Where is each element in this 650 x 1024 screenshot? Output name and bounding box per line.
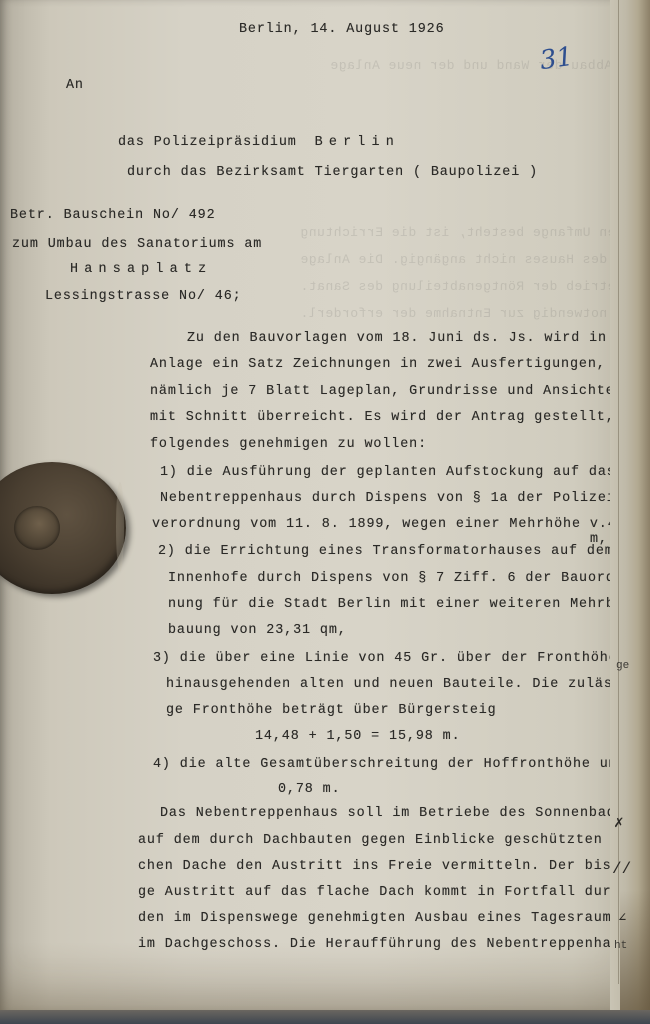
bleed-through-text: unbedingt notwendig zur Entnahme der erf… [300,306,650,321]
item-2-line: bauung von 23,31 qm, [168,623,347,638]
body-intro-line: mit Schnitt überreicht. Es wird der Antr… [150,410,615,425]
paperweight-knob [14,506,60,550]
closing-paragraph-line: im Dachgeschoss. Die Heraufführung des N… [138,937,647,952]
margin-pencil-mark: // [612,860,631,878]
subject-line-1: Betr. Bauschein No/ 492 [10,208,216,223]
item-4-line: 0,78 m. [278,782,341,797]
subject-line-2: zum Umbau des Sanatoriums am [12,237,262,252]
item-4-line: 4) die alte Gesamtüberschreitung der Hof… [153,757,618,772]
closing-paragraph-line: Das Nebentreppenhaus soll im Betriebe de… [160,806,634,821]
item-3-line: ge Fronthöhe beträgt über Bürgersteig [166,703,497,718]
body-intro-line: Zu den Bauvorlagen vom 18. Juni ds. Js. … [187,331,643,346]
handwritten-folio-number: 31 [538,42,575,76]
underlying-page-fragment: ht [614,940,627,952]
recipient-city: Berlin [315,135,400,150]
page-shadow [0,942,622,1012]
document-page: Abbau der Wand und der neue Anlage deren… [0,0,622,1012]
item-2-line: Innenhofe durch Dispens von § 7 Ziff. 6 … [168,571,624,586]
margin-pencil-mark: ✗ [614,812,624,832]
body-intro-line: nämlich je 7 Blatt Lageplan, Grundrisse … [150,384,624,399]
closing-paragraph-line: den im Dispenswege genehmigten Ausbau ei… [138,911,629,926]
bleed-through-text: deren Umfange besteht, ist die Errichtun… [300,225,640,240]
item-1-line: verordnung vom 11. 8. 1899, wegen einer … [152,517,643,532]
recipient-line-2: durch das Bezirksamt Tiergarten ( Baupol… [127,165,538,180]
underlying-page-fragment: ge [616,660,629,672]
recipient-prefix: das Polizeipräsidium [118,135,297,150]
body-intro-line: folgendes genehmigen zu wollen: [150,437,427,452]
subject-line-3: Hansaplatz [70,262,212,277]
item-2-line: 2) die Errichtung eines Transformatorhau… [158,544,614,559]
margin-pencil-mark: ∠ [618,910,626,927]
subject-line-4: Lessingstrasse No/ 46; [45,289,242,304]
item-3-line: hinausgehenden alten und neuen Bauteile.… [166,677,640,692]
closing-paragraph-line: auf dem durch Dachbauten gegen Einblicke… [138,833,647,848]
item-3-line: 3) die über eine Linie von 45 Gr. über d… [153,651,618,666]
date-line: Berlin, 14. August 1926 [239,22,445,37]
salutation: An [66,78,84,93]
bleed-through-text: für den Betrieb der Röntgenabteilung des… [300,279,650,294]
brass-paperweight [0,462,126,594]
bleed-through-text: innerhalb des Hauses nicht angängig. Die… [300,252,650,267]
item-1-line: Nebentreppenhaus durch Dispens von § 1a … [160,491,625,506]
item-2-line: nung für die Stadt Berlin mit einer weit… [168,597,633,612]
recipient-line-1: das Polizeipräsidium Berlin [118,135,400,150]
closing-paragraph-line: ge Austritt auf das flache Dach kommt in… [138,885,629,900]
body-intro-line: Anlage ein Satz Zeichnungen in zwei Ausf… [150,357,606,372]
item-3-line: 14,48 + 1,50 = 15,98 m. [255,729,461,744]
desk-surface [0,1010,650,1024]
item-1-line: 1) die Ausführung der geplanten Aufstock… [160,465,616,480]
closing-paragraph-line: chen Dache den Austritt ins Freie vermit… [138,859,647,874]
page-fold-line [618,0,619,984]
